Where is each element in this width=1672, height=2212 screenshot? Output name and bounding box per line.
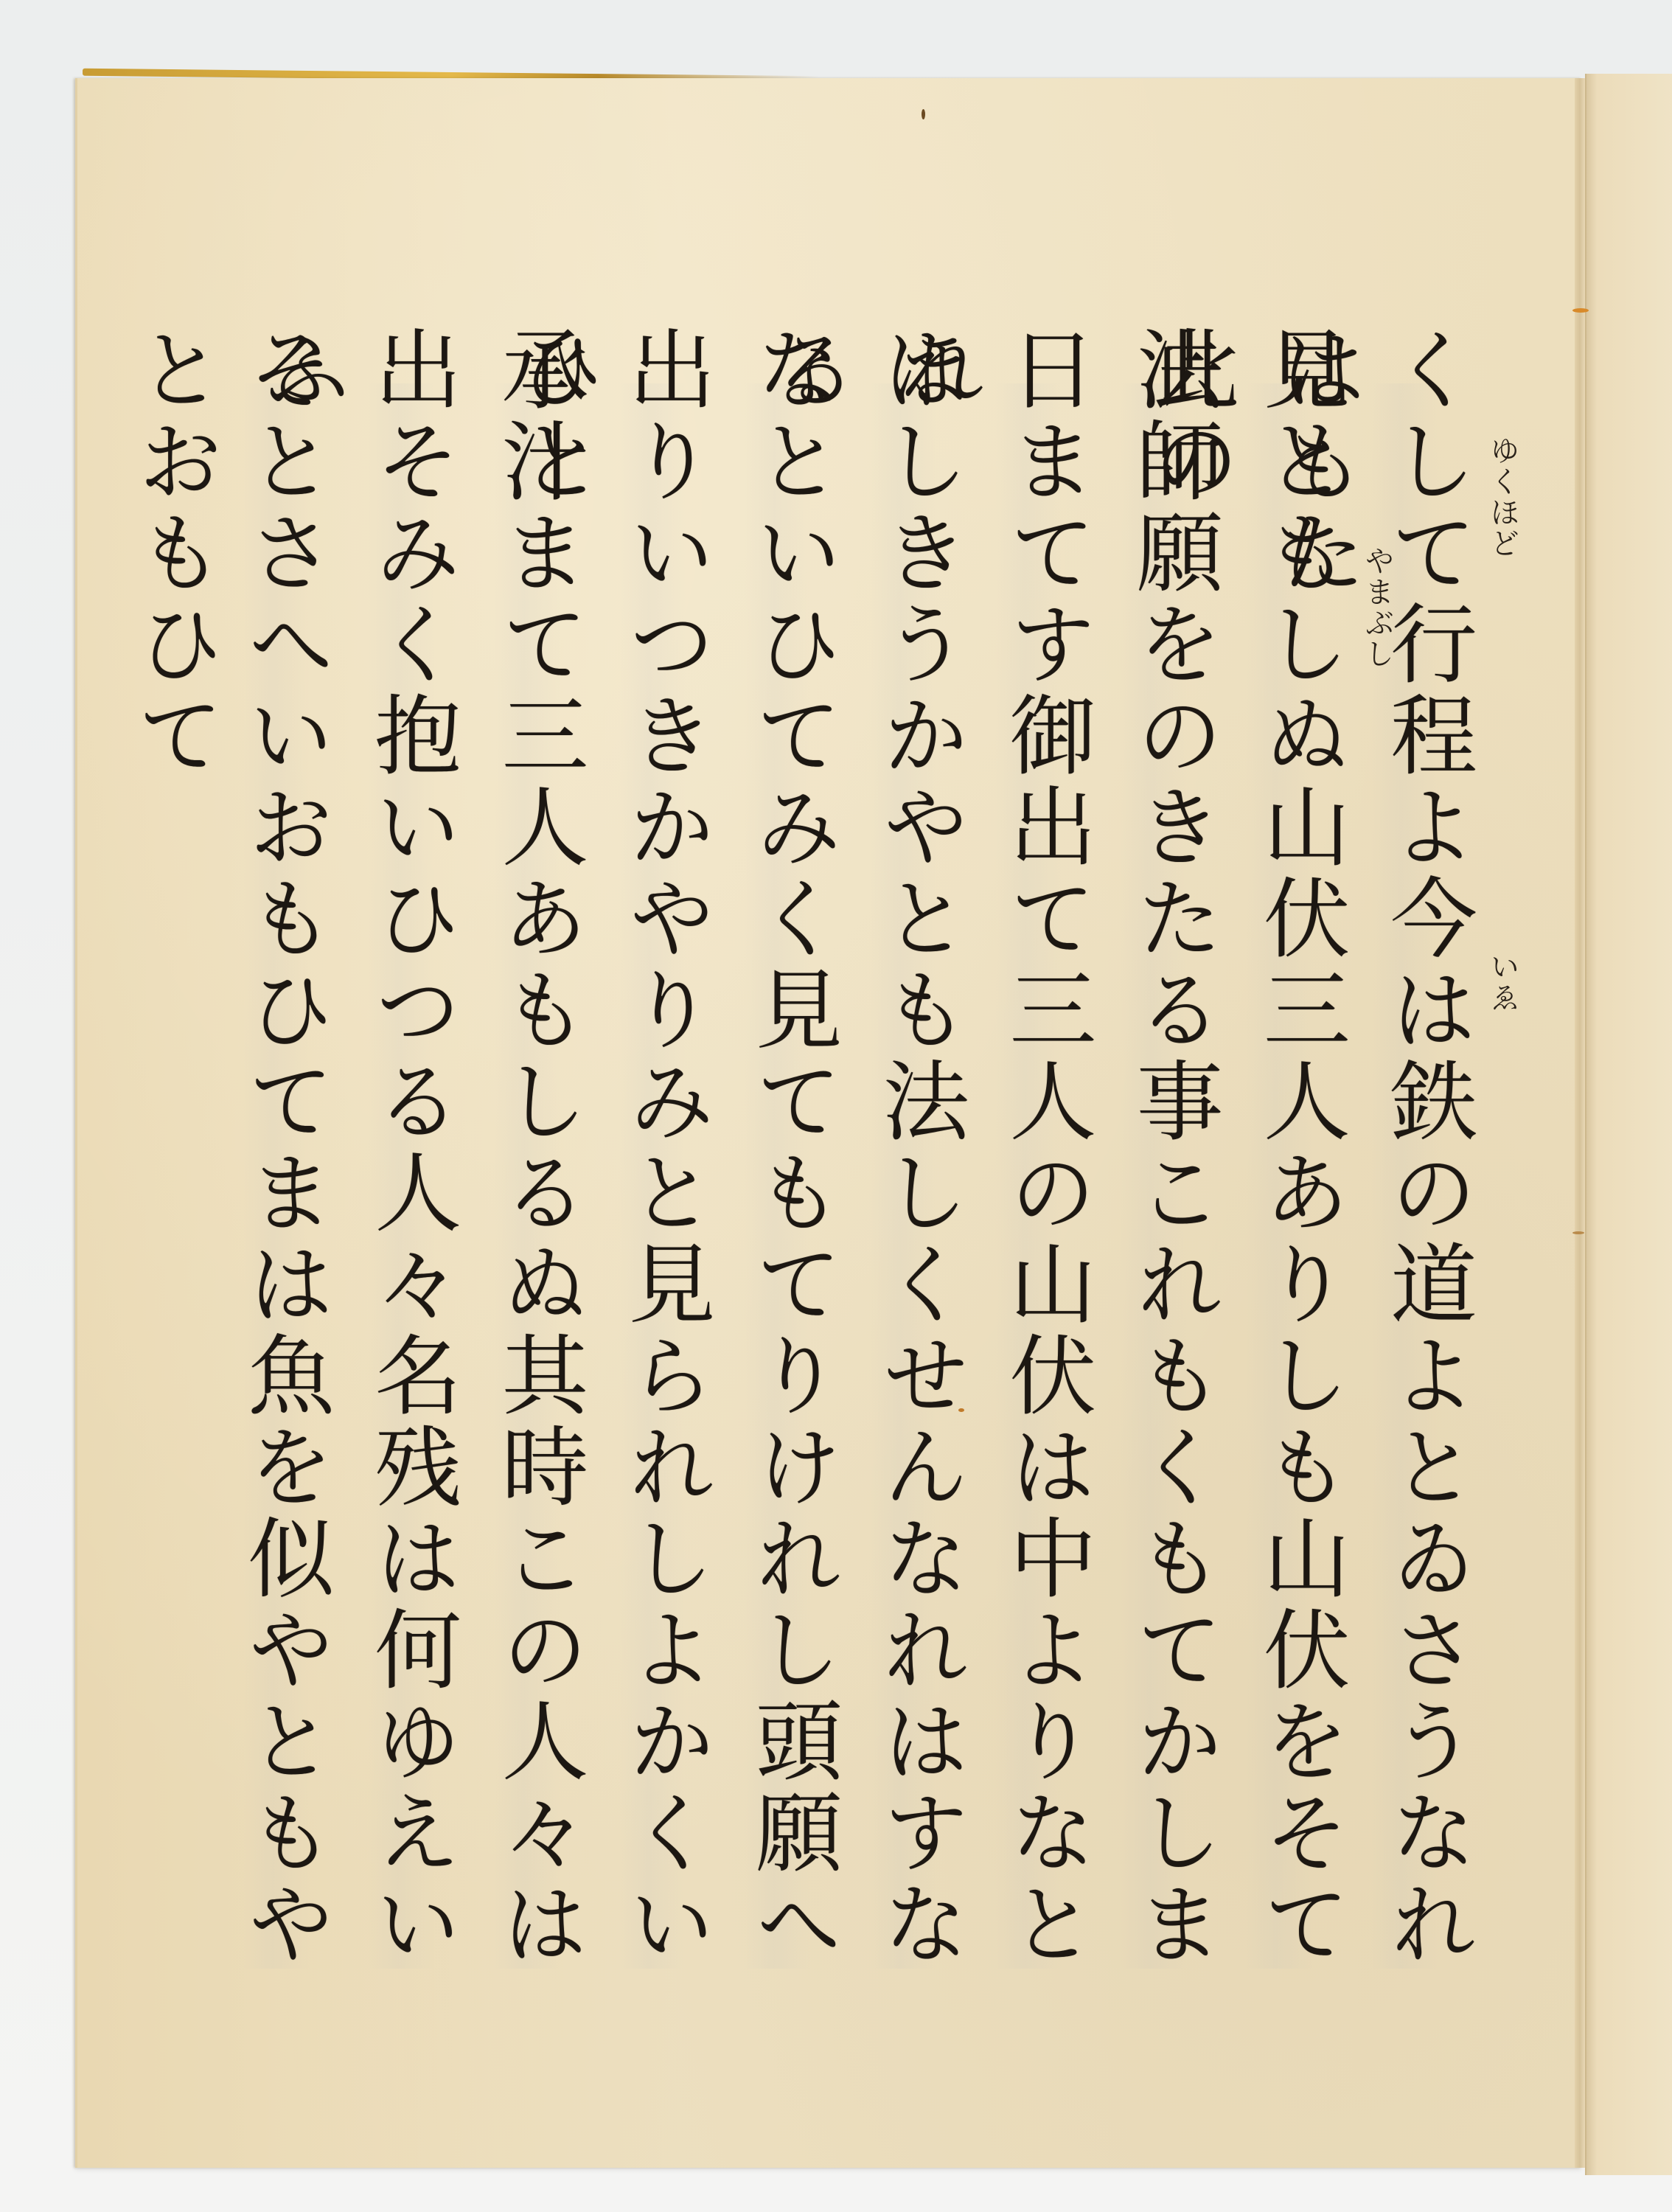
ruby-annotation: いゑ <box>1482 951 1524 1013</box>
manuscript-text-block: くして行程よ今は鉄の道よとゐさうなれはもた 見ともしぬ山伏三人ありしも山伏をそて… <box>229 324 1482 1991</box>
page-fold-gutter <box>1575 78 1585 2168</box>
text-column-9: 出そみく抱いひつる人々名残は何ゆえいふ <box>355 324 466 1991</box>
text-column-5: ほしきうかやとも法しくせんなれはすなる <box>863 324 974 1991</box>
paper-speck <box>922 109 925 119</box>
text-column-2: 見ともしぬ山伏三人ありしも山伏をそて此の <box>1244 324 1355 1991</box>
text-column-4: 日まてす御出て三人の山伏は中よりなとれ <box>990 324 1101 1991</box>
text-column-3: 法師願をのきたる事これもくもてかしま <box>1118 324 1228 1991</box>
text-column-10: そとさへいおもひてまは魚を似やともやとおもひて <box>229 324 339 1991</box>
binding-thread-mark <box>1572 308 1589 313</box>
text-column-8: 承汁まて三人あもしるぬ其時この人々は <box>482 324 593 1991</box>
ruby-annotation: ゆくほど <box>1482 435 1524 559</box>
adjacent-page-edge <box>1585 74 1672 2175</box>
text-column-7: 出りいつきかやりみと見られしよかくいひと <box>610 324 720 1991</box>
ruby-annotation: やまぶし <box>1356 546 1398 669</box>
binding-thread-mark <box>1572 1231 1584 1234</box>
text-column-6: なといひてみく見てもてりけれし頭願へ <box>736 324 847 1991</box>
